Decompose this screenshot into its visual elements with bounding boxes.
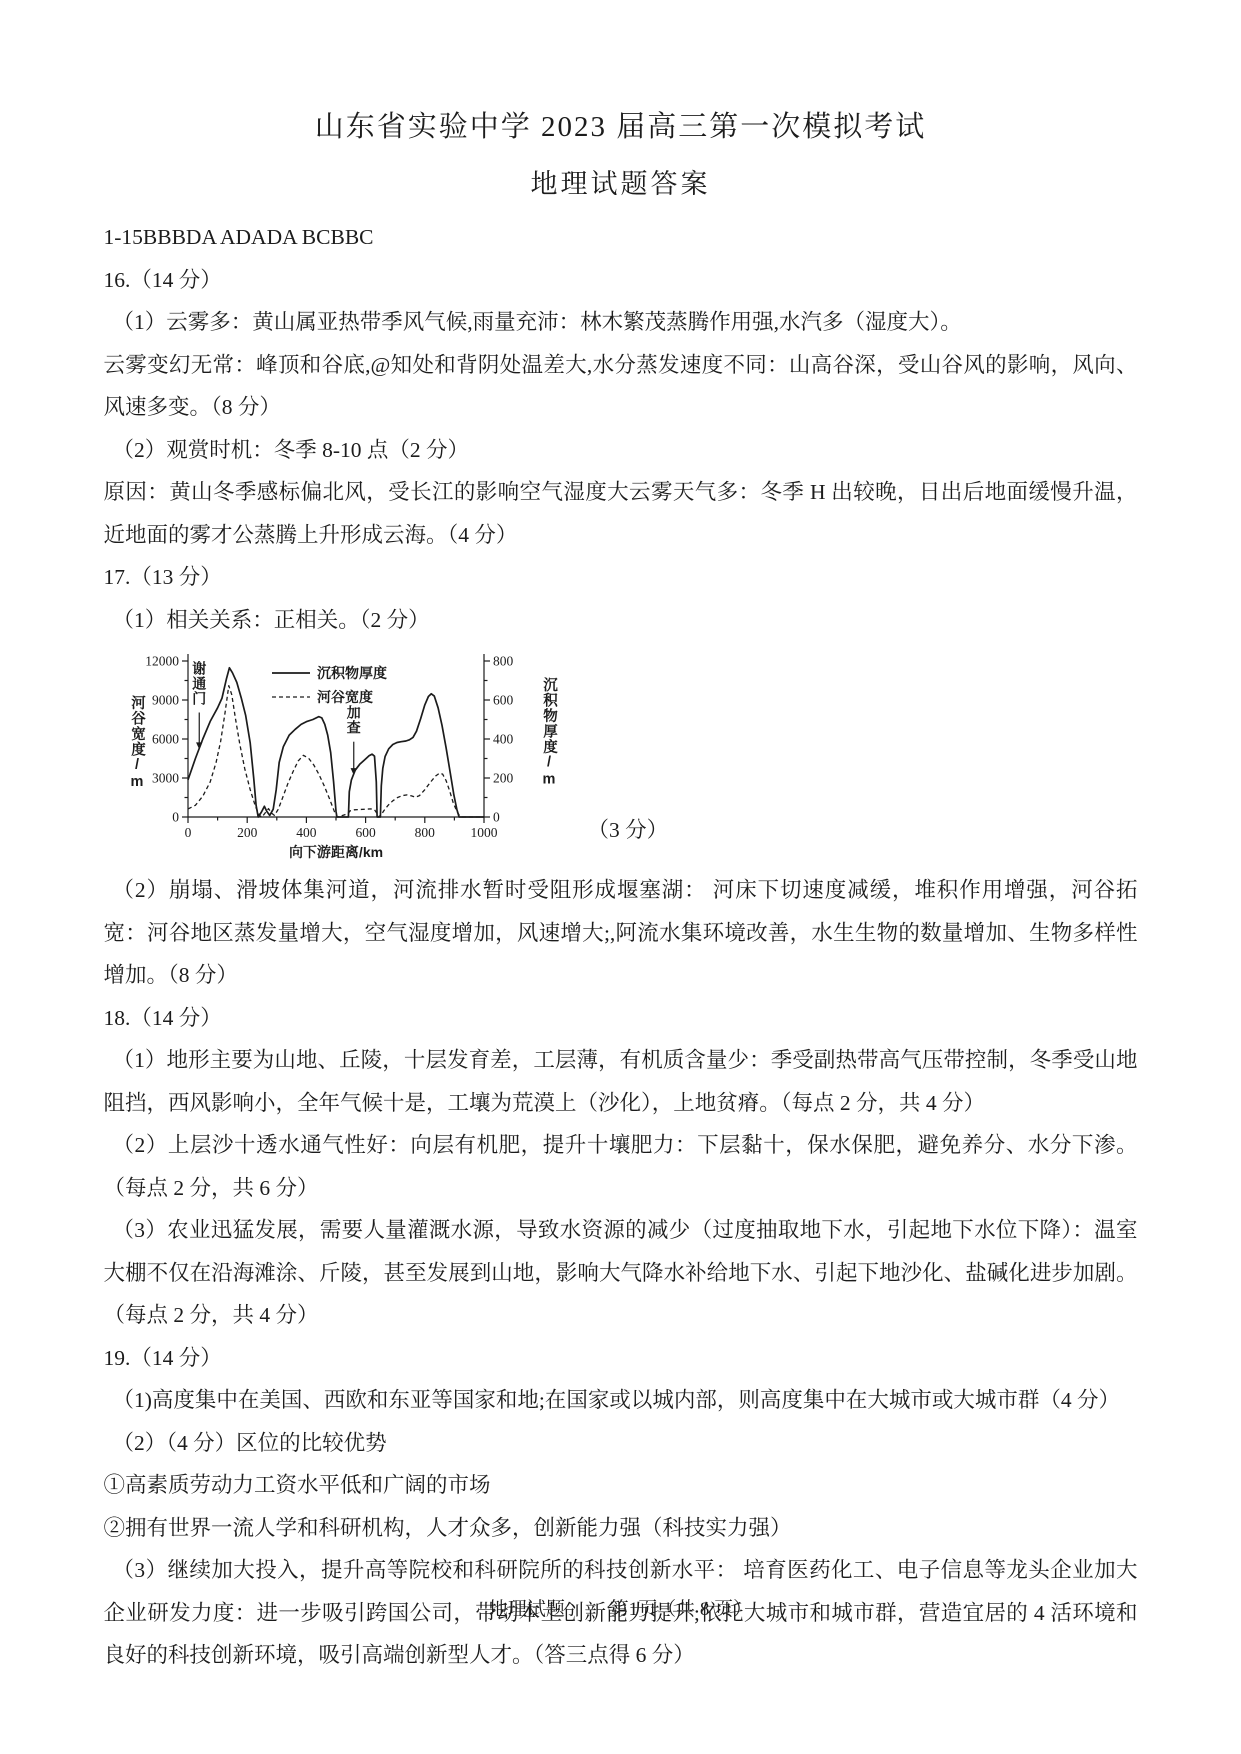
- annotation-char: 通: [192, 676, 206, 692]
- q16-answer-2: （2）观赏时机：冬季 8-10 点（2 分）: [104, 429, 1138, 472]
- q17-answer-1: （1）相关关系：正相关。（2 分）: [104, 599, 1138, 642]
- valley-width-sediment-chart: 0300060009000120000200400600800020040060…: [104, 647, 574, 865]
- y-right-tick-label: 200: [493, 771, 514, 786]
- y-right-tick-label: 600: [493, 693, 514, 708]
- page-subtitle: 地理试题答案: [0, 162, 1241, 201]
- annotation-char: 门: [192, 691, 206, 707]
- footer-doc-label: 地理试题: [489, 1599, 565, 1620]
- q19-answer-1: （1)高度集中在美国、西欧和东亚等国家和地;在国家或以城内部，则高度集中在大城市…: [104, 1379, 1138, 1422]
- chart-score-note: （3 分）: [588, 809, 669, 852]
- exam-answer-page: 山东省实验中学 2023 届高三第一次模拟考试 地理试题答案 1-15BBBDA…: [0, 0, 1241, 1754]
- annotation-char: 加: [346, 705, 360, 721]
- q16-heading: 16.（14 分）: [104, 259, 1138, 302]
- q17-heading: 17.（13 分）: [104, 556, 1138, 599]
- x-tick-label: 800: [414, 825, 435, 840]
- page-footer: 地理试题 第1页（共 8 页）: [0, 1594, 1241, 1621]
- x-tick-label: 200: [237, 825, 258, 840]
- y-left-tick-label: 0: [172, 810, 179, 825]
- q18-answer-1: （1）地形主要为山地、丘陵，十层发育差，工层薄，有机质含量少：季受副热带高气压带…: [104, 1039, 1138, 1124]
- q19-heading: 19.（14 分）: [104, 1337, 1138, 1380]
- q16-answer-1: （1）云雾多：黄山属亚热带季风气候,雨量充沛：林木繁茂蒸腾作用强,水汽多（湿度大…: [104, 301, 1138, 344]
- annotation-char: 查: [346, 720, 360, 736]
- q19-answer-2-point1: ①高素质劳动力工资水平低和广阔的市场: [104, 1464, 1138, 1507]
- q18-answer-2: （2）上层沙十透水通气性好：向层有机肥，提升十壤肥力：下层黏十，保水保肥，避免养…: [104, 1124, 1138, 1209]
- q19-answer-2: （2）（4 分）区位的比较优势: [104, 1422, 1138, 1465]
- chart-container: 0300060009000120000200400600800020040060…: [104, 647, 574, 865]
- x-tick-label: 600: [355, 825, 376, 840]
- answer-content: 1-15BBBDA ADADA BCBBC 16.（14 分） （1）云雾多：黄…: [104, 216, 1138, 1677]
- q16-answer-1b: 云雾变幻无常：峰顶和谷底,@知处和背阴处温差大,水分蒸发速度不同：山高谷深，受山…: [104, 344, 1138, 429]
- annotation-arrowhead: [196, 742, 202, 749]
- page-title: 山东省实验中学 2023 届高三第一次模拟考试: [0, 104, 1241, 145]
- legend-label: 河谷宽度: [317, 689, 373, 705]
- footer-page-label: 第1页（共 8 页）: [610, 1599, 753, 1620]
- y-right-tick-label: 0: [493, 810, 500, 825]
- x-tick-label: 1000: [470, 825, 497, 840]
- header: 山东省实验中学 2023 届高三第一次模拟考试 地理试题答案: [0, 0, 1241, 201]
- y-right-tick-label: 400: [493, 732, 514, 747]
- y-left-tick-label: 12000: [145, 654, 179, 669]
- q18-heading: 18.（14 分）: [104, 997, 1138, 1040]
- answers-1-15: 1-15BBBDA ADADA BCBBC: [104, 216, 1138, 259]
- q17-answer-2: （2）崩塌、滑坡体集河道，河流排水暂时受阻形成堰塞湖： 河床下切速度减缓，堆积作…: [104, 869, 1138, 997]
- y-axis-left-title: 河谷宽度/m: [116, 695, 159, 791]
- q19-answer-2-point2: ②拥有世界一流人学和科研机构，人才众多，创新能力强（科技实力强）: [104, 1507, 1138, 1550]
- annotation-char: 谢: [192, 661, 206, 677]
- legend-label: 沉积物厚度: [317, 665, 387, 681]
- y-right-tick-label: 800: [493, 654, 514, 669]
- q16-answer-2b: 原因：黄山冬季感标偏北风，受长江的影响空气湿度大云雾天气多：冬季 H 出较晚，日…: [104, 471, 1138, 556]
- x-tick-label: 400: [296, 825, 317, 840]
- x-axis-title: 向下游距离/km: [288, 844, 382, 860]
- series-dashed: [188, 686, 484, 817]
- q17-chart-figure: 0300060009000120000200400600800020040060…: [104, 647, 1138, 865]
- q18-answer-3: （3）农业迅猛发展，需要人量灌溉水源，导致水资源的减少（过度抽取地下水，引起地下…: [104, 1209, 1138, 1337]
- y-axis-right-title: 沉积物厚度/m: [528, 677, 571, 789]
- annotation-arrowhead: [350, 768, 356, 775]
- x-tick-label: 0: [184, 825, 191, 840]
